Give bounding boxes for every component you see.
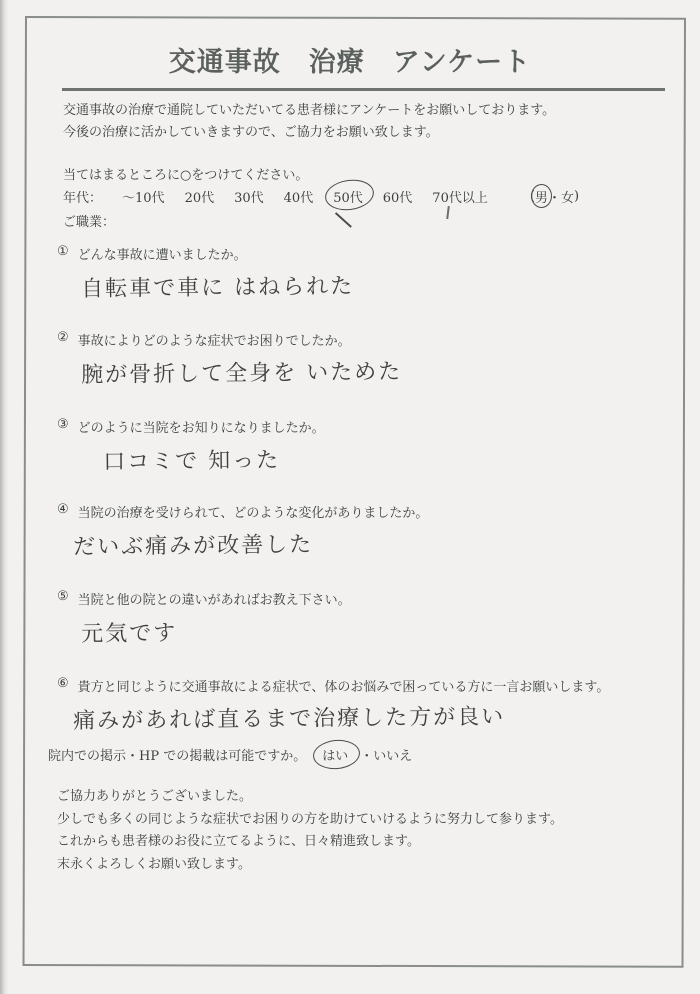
closing-line-2: 少しでも多くの同じような症状でお困りの方を助けていけるように努力して参ります。 [57,809,563,832]
title-underline [62,88,665,91]
scan-edge-shadow [0,0,9,994]
publish-option-yes-circled: はい [322,745,348,764]
question-5-number: ⑤ [57,589,69,608]
gender-separator: ・ [548,187,561,206]
question-block-4: ④ 当院の治療を受けられて、どのような変化がありましたか。 だいぶ痛みが改善した [57,502,428,561]
question-block-6: ⑥ 貴方と同じように交通事故による症状で、体のお悩みで困っている方に一言お願いし… [57,676,609,735]
age-selection-row: 年代： ～10代 20代 30代 40代 50代 60代 70代以上 ( 男 ・… [63,187,579,206]
age-option-40s: 40代 [284,187,314,206]
gender-close-paren: ) [574,189,579,204]
question-3-number: ③ [57,417,69,436]
intro-line-2: 今後の治療に活かしていきますので、ご協力をお願い致します。 [63,122,555,144]
page-title: 交通事故 治療 アンケート [0,40,700,79]
intro-line-1: 交通事故の治療で通院していただいてる患者様にアンケートをお願いしております。 [63,100,555,122]
publish-question: 院内での掲示・HP での掲載は可能ですか。 [48,745,306,764]
publish-option-no: いいえ [373,745,412,764]
age-option-50s-circled: 50代 [333,187,363,206]
question-block-1: ① どんな事故に遭いましたか。 自転車で車に はねられた [57,244,354,303]
question-6-number: ⑥ [57,676,69,695]
publish-separator: ・ [360,745,373,764]
handwritten-answer-2: 腕が骨折して全身を いためた [81,355,402,389]
question-block-3: ③ どのように当院をお知りになりましたか。 口コミで 知った [57,417,325,476]
gender-option-male-circled: 男 [535,187,548,206]
question-4-text: 当院の治療を受けられて、どのような変化がありましたか。 [78,502,429,521]
handwritten-answer-4: だいぶ痛みが改善した [73,526,429,561]
question-6-text: 貴方と同じように交通事故による症状で、体のお悩みで困っている方に一言お願いします… [78,676,610,695]
question-block-5: ⑤ 当院と他の院との違いがあればお教え下さい。 元気です [57,589,351,648]
question-1-number: ① [57,244,69,263]
question-4-number: ④ [57,502,69,521]
publish-consent-row: 院内での掲示・HP での掲載は可能ですか。 はい ・ いいえ [48,745,412,764]
gender-selection: ( 男 ・ 女 ) [530,187,579,206]
handwritten-answer-1: 自転車で車に はねられた [81,269,354,303]
closing-line-4: 末永くよろしくお願い致します。 [57,854,563,877]
closing-line-1: ご協力ありがとうございました。 [57,786,563,809]
age-option-70s: 70代以上 [432,187,488,206]
age-option-30s: 30代 [234,187,264,206]
handwritten-answer-6: 痛みがあれば直るまで治療した方が良い [73,698,610,735]
closing-text: ご協力ありがとうございました。 少しでも多くの同じような症状でお困りの方を助けて… [57,786,563,877]
question-3-text: どのように当院をお知りになりましたか。 [78,417,325,436]
occupation-label: ご職業： [63,211,115,230]
scanned-questionnaire-page: 交通事故 治療 アンケート 交通事故の治療で通院していただいてる患者様にアンケー… [0,0,700,994]
instruction-text: 当てはまるところに○をつけてください。 [63,164,308,183]
age-option-20s: 20代 [185,187,215,206]
question-5-text: 当院と他の院との違いがあればお教え下さい。 [78,589,351,608]
question-2-text: 事故によりどのような症状でお困りでしたか。 [78,330,351,349]
handwritten-answer-5: 元気です [81,614,351,648]
question-2-number: ② [57,330,69,349]
age-option-60s: 60代 [383,187,413,206]
intro-text: 交通事故の治療で通院していただいてる患者様にアンケートをお願いしております。 今… [63,100,555,144]
closing-line-3: これからも患者様のお役に立てるように、日々精進致します。 [57,831,563,854]
question-block-2: ② 事故によりどのような症状でお困りでしたか。 腕が骨折して全身を いためた [57,330,402,389]
age-option-10s: ～10代 [122,187,165,206]
handwritten-answer-3: 口コミで 知った [103,443,325,476]
question-1-text: どんな事故に遭いましたか。 [78,244,247,263]
gender-option-female: 女 [561,187,574,206]
age-label: 年代： [63,187,102,206]
